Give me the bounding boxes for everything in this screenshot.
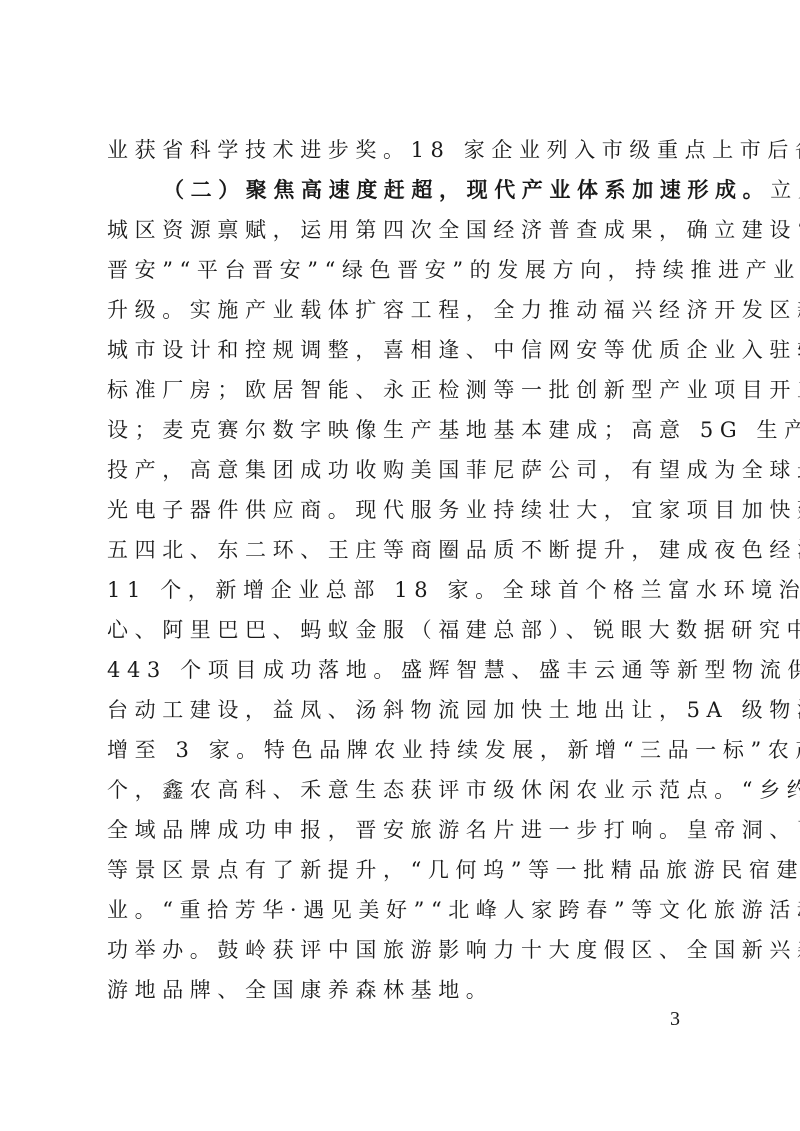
text-line-12: 11 个，新增企业总部 18 家。全球首个格兰富水环境治理体验中 bbox=[107, 570, 707, 610]
text-line-8: 设；麦克赛尔数字映像生产基地基本建成；高意 5G 生产线建成 bbox=[107, 410, 707, 450]
text-line-22: 游地品牌、全国康养森林基地。 bbox=[107, 970, 707, 1010]
text-line-20: 业。“重拾芳华·遇见美好”“北峰人家跨春”等文化旅游活动成 bbox=[107, 890, 707, 930]
text-line-21: 功举办。鼓岭获评中国旅游影响力十大度假区、全国新兴森林旅 bbox=[107, 930, 707, 970]
text-line-15: 台动工建设，益凤、汤斜物流园加快土地出让，5A 级物流企业 bbox=[107, 690, 707, 730]
text-line-17: 个，鑫农高科、禾意生态获评市级休闲农业示范点。“乡约北峰” bbox=[107, 770, 707, 810]
text-line-10: 光电子器件供应商。现代服务业持续壮大，宜家项目加快建设， bbox=[107, 490, 707, 530]
text-line-19: 等景区景点有了新提升，“几何坞”等一批精品旅游民宿建成开 bbox=[107, 850, 707, 890]
section-heading-tail: 立足中心 bbox=[770, 178, 800, 202]
text-line-1: 业获省科学技术进步奖。18 家企业列入市级重点上市后备企业。 bbox=[107, 130, 707, 170]
text-line-3: 城区资源禀赋，运用第四次全国经济普查成果，确立建设“数字 bbox=[107, 210, 707, 250]
text-line-11: 五四北、东二环、王庄等商圈品质不断提升，建成夜色经济街区 bbox=[107, 530, 707, 570]
text-line-7: 标准厂房；欧居智能、永正检测等一批创新型产业项目开工建 bbox=[107, 370, 707, 410]
text-line-16: 增至 3 家。特色品牌农业持续发展，新增“三品一标”农产品 4 bbox=[107, 730, 707, 770]
text-line-4: 晋安”“平台晋安”“绿色晋安”的发展方向，持续推进产业转型 bbox=[107, 250, 707, 290]
document-page: 业获省科学技术进步奖。18 家企业列入市级重点上市后备企业。 （二）聚焦高速度赶… bbox=[0, 0, 800, 1131]
text-line-14: 443 个项目成功落地。盛辉智慧、盛丰云通等新型物流供应链平 bbox=[107, 650, 707, 690]
page-number: 3 bbox=[670, 1008, 680, 1031]
body-text: 业获省科学技术进步奖。18 家企业列入市级重点上市后备企业。 （二）聚焦高速度赶… bbox=[107, 130, 707, 1010]
section-heading: （二）聚焦高速度赶超，现代产业体系加速形成。 bbox=[163, 177, 770, 202]
text-line-5: 升级。实施产业载体扩容工程，全力推动福兴经济开发区新一轮 bbox=[107, 290, 707, 330]
text-line-9: 投产，高意集团成功收购美国菲尼萨公司，有望成为全球最大的 bbox=[107, 450, 707, 490]
text-line-6: 城市设计和控规调整，喜相逢、中信网安等优质企业入驻软件园 bbox=[107, 330, 707, 370]
text-line-18: 全域品牌成功申报，晋安旅游名片进一步打响。皇帝洞、飞云峡 bbox=[107, 810, 707, 850]
section-heading-line: （二）聚焦高速度赶超，现代产业体系加速形成。立足中心 bbox=[107, 170, 707, 210]
text-line-13: 心、阿里巴巴、蚂蚁金服（福建总部）、锐眼大数据研究中心等 bbox=[107, 610, 707, 650]
